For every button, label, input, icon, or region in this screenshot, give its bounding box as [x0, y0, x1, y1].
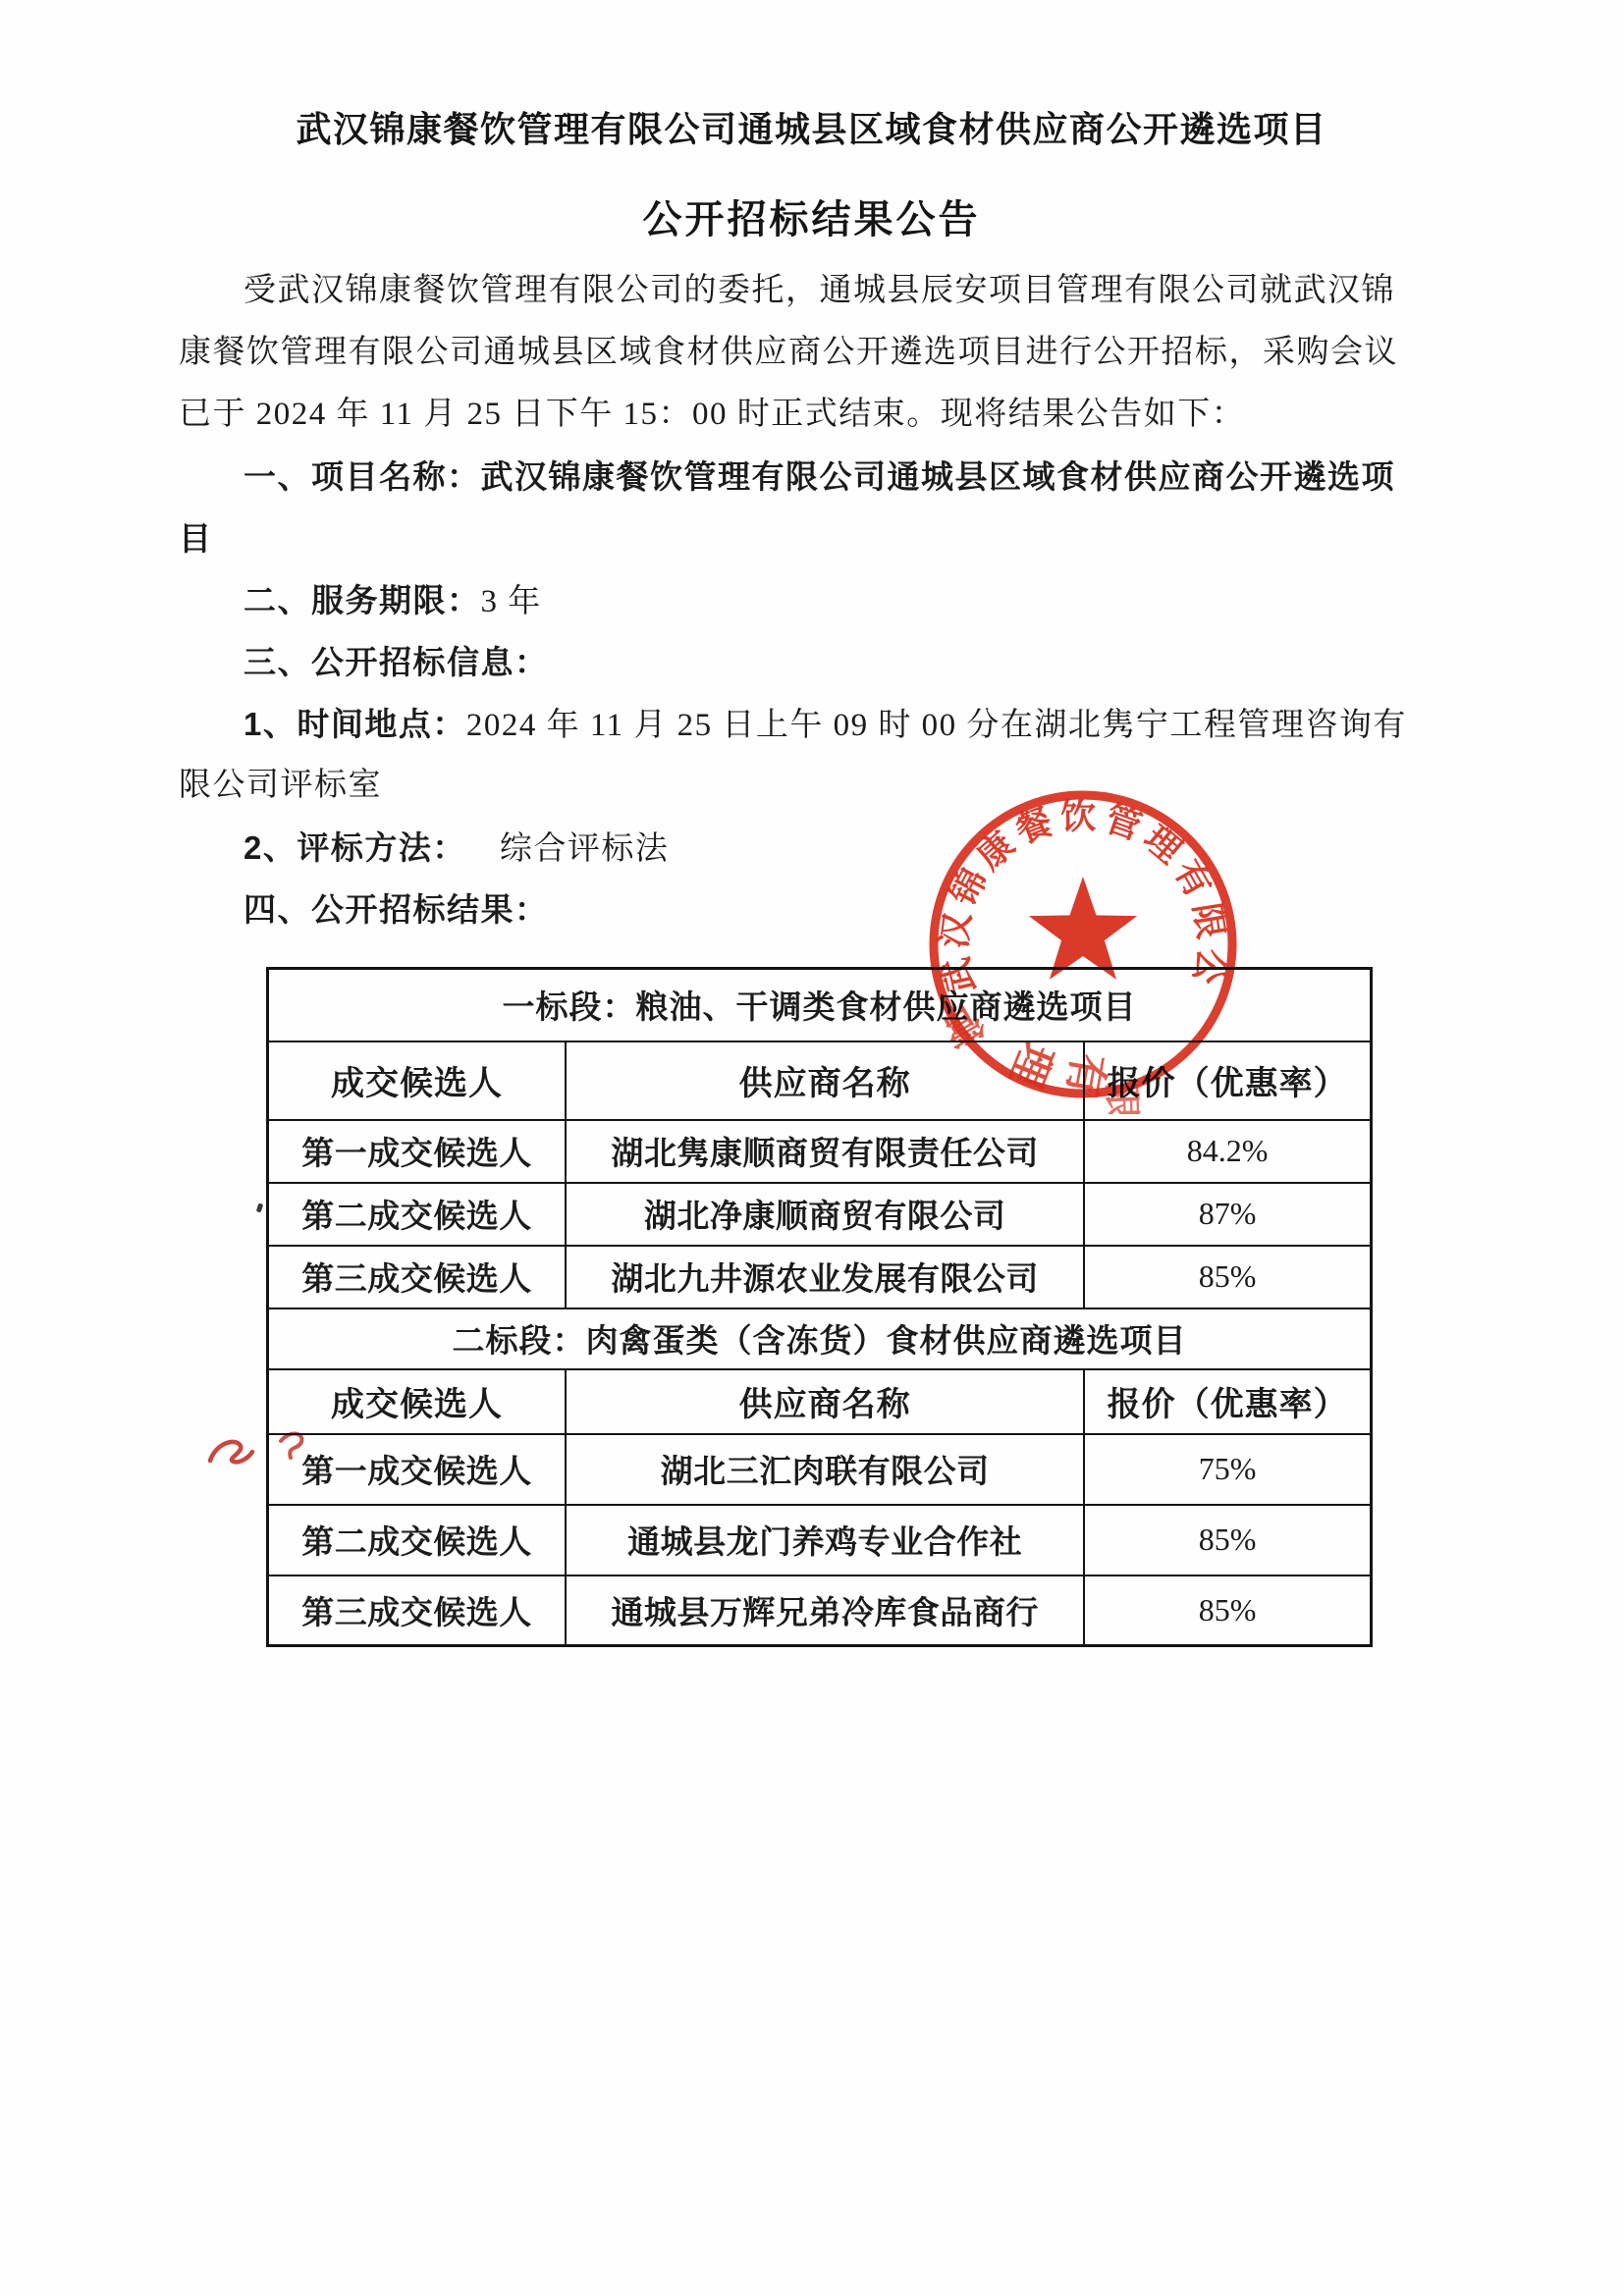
paragraph1-line3: 已于 2024 年 11 月 25 日下午 15：00 时正式结束。现将结果公告…: [179, 384, 1504, 446]
item3-1-label: 1、时间地点：: [243, 706, 466, 742]
supplier-cell: 通城县龙门养鸡专业合作社: [566, 1505, 1084, 1575]
paragraph1-line1: 受武汉锦康餐饮管理有限公司的委托，通城县辰安项目管理有限公司就武汉锦: [179, 260, 1504, 322]
column-header-rank: 成交候选人: [268, 1041, 566, 1120]
column-header-rate: 报价（优惠率）: [1084, 1369, 1371, 1434]
table-row: 第一成交候选人 湖北三汇肉联有限公司 75%: [268, 1434, 1372, 1505]
item3-2-value: 综合评标法: [500, 831, 670, 867]
item2-value: 3 年: [481, 584, 542, 619]
table-row: 第一成交候选人 湖北隽康顺商贸有限责任公司 84.2%: [268, 1120, 1372, 1183]
company-seal-stamp: 武汉锦康餐饮管理有限公司 管 理 有 限: [916, 780, 1250, 1114]
svg-text:理: 理: [1001, 1036, 1061, 1094]
document-title-line2: 公开招标结果公告: [0, 188, 1623, 244]
section2-caption: 二标段：肉禽蛋类（含冻货）食材供应商遴选项目: [268, 1308, 1372, 1369]
supplier-cell: 湖北隽康顺商贸有限责任公司: [566, 1120, 1084, 1183]
supplier-cell: 湖北九井源农业发展有限公司: [566, 1246, 1084, 1308]
rank-cell: 第二成交候选人: [268, 1183, 566, 1246]
supplier-cell: 湖北三汇肉联有限公司: [566, 1434, 1084, 1505]
seal-company-name: 武汉锦康餐饮管理有限公司: [916, 780, 1231, 997]
item1-project-name-line2: 目: [179, 507, 1504, 569]
supplier-cell: 湖北净康顺商贸有限公司: [566, 1183, 1084, 1246]
item3-2-eval-method: 2、评标方法：综合评标法: [179, 817, 1504, 879]
scanned-document-page: 武汉锦康餐饮管理有限公司通城县区域食材供应商公开遴选项目 公开招标结果公告 受武…: [0, 0, 1623, 2296]
table-row: 第三成交候选人 湖北九井源农业发展有限公司 85%: [268, 1246, 1372, 1308]
item3-1-value: 2024 年 11 月 25 日上午 09 时 00 分在湖北隽宁工程管理咨询有: [466, 708, 1407, 743]
supplier-cell: 通城县万辉兄弟冷库食品商行: [566, 1575, 1084, 1646]
rank-cell: 第二成交候选人: [268, 1505, 566, 1575]
rank-cell: 第一成交候选人: [268, 1120, 566, 1183]
rate-cell: 85%: [1084, 1505, 1371, 1575]
rank-cell: 第三成交候选人: [268, 1246, 566, 1308]
seal-star-icon: [1029, 877, 1137, 980]
section2-header-row: 成交候选人 供应商名称 报价（优惠率）: [268, 1369, 1372, 1434]
column-header-supplier: 供应商名称: [566, 1369, 1084, 1434]
paragraph1-line2: 康餐饮管理有限公司通城县区域食材供应商公开遴选项目进行公开招标，采购会议: [179, 322, 1504, 384]
table-row: 第二成交候选人 湖北净康顺商贸有限公司 87%: [268, 1183, 1372, 1246]
rate-cell: 85%: [1084, 1246, 1371, 1308]
item1-project-name-line1: 一、项目名称：武汉锦康餐饮管理有限公司通城县区域食材供应商公开遴选项: [179, 446, 1504, 507]
section2-caption-row: 二标段：肉禽蛋类（含冻货）食材供应商遴选项目: [268, 1308, 1372, 1369]
seal-double-strike-marks: 管 理 有 限: [935, 996, 1142, 1114]
rate-cell: 84.2%: [1084, 1120, 1371, 1183]
svg-text:限: 限: [1100, 1082, 1142, 1114]
rate-cell: 75%: [1084, 1434, 1371, 1505]
rate-cell: 85%: [1084, 1575, 1371, 1646]
item2-label: 二、服务期限：: [243, 582, 481, 618]
item3-1-time-place-line2: 限公司评标室: [179, 755, 1504, 817]
item3-bid-info-heading: 三、公开招标信息：: [179, 631, 1504, 693]
rank-cell: 第三成交候选人: [268, 1575, 566, 1646]
rate-cell: 87%: [1084, 1183, 1371, 1246]
table-row: 第三成交候选人 通城县万辉兄弟冷库食品商行 85%: [268, 1575, 1372, 1646]
document-title-line1: 武汉锦康餐饮管理有限公司通城县区域食材供应商公开遴选项目: [0, 102, 1623, 152]
item2-service-term: 二、服务期限：3 年: [179, 569, 1504, 631]
ink-speck: [256, 1202, 264, 1212]
table-row: 第二成交候选人 通城县龙门养鸡专业合作社 85%: [268, 1505, 1372, 1575]
item3-1-time-place-line1: 1、时间地点：2024 年 11 月 25 日上午 09 时 00 分在湖北隽宁…: [179, 693, 1504, 755]
item4-bid-result-heading: 四、公开招标结果：: [179, 879, 1504, 940]
document-body: 受武汉锦康餐饮管理有限公司的委托，通城县辰安项目管理有限公司就武汉锦 康餐饮管理…: [179, 260, 1504, 940]
item3-2-label: 2、评标方法：: [243, 829, 466, 866]
red-ink-scribble: [196, 1414, 314, 1482]
